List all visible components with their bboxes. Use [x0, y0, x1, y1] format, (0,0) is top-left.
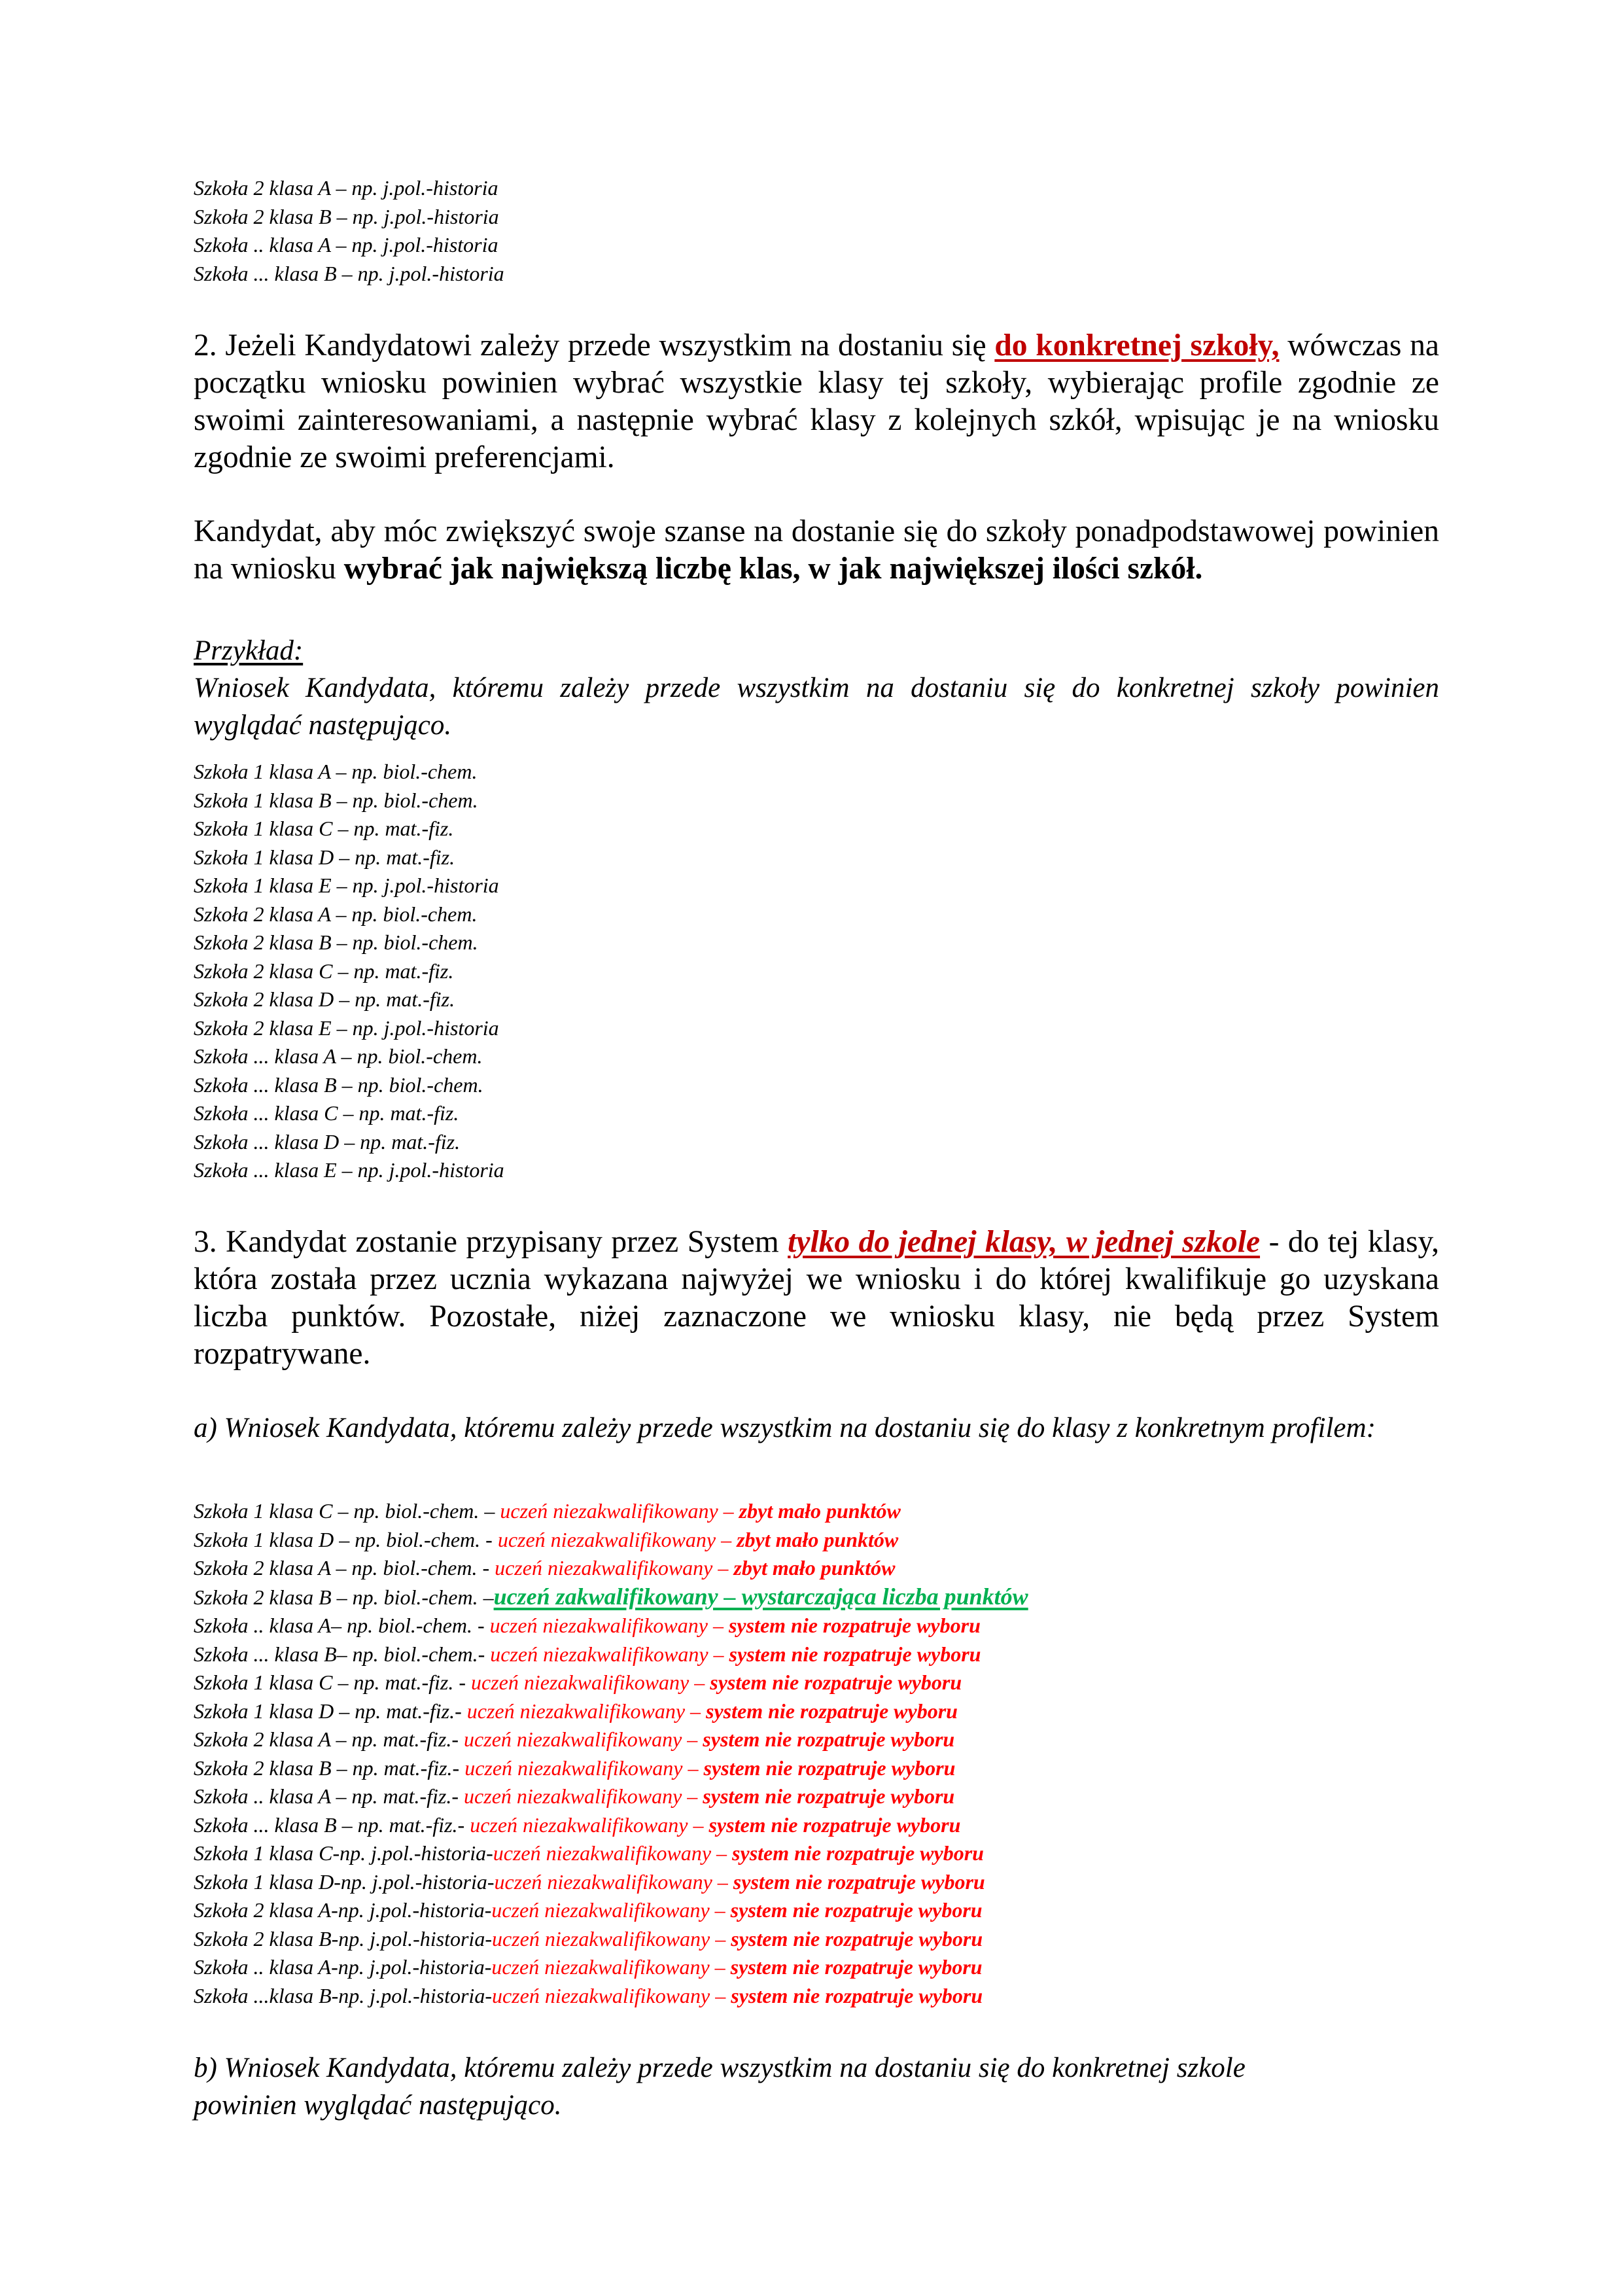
- not-qualified-status: uczeń niezakwalifikowany –: [495, 1556, 733, 1580]
- reason-text: zbyt mało punktów: [737, 1528, 898, 1551]
- example-label: Przykład:: [194, 632, 1439, 669]
- list-item: Szkoła 2 klasa A – np. biol.-chem.: [194, 900, 504, 929]
- result-row: Szkoła 2 klasa B-np. j.pol.-historia-ucz…: [194, 1925, 1028, 1954]
- list-item: Szkoła ... klasa B – np. biol.-chem.: [194, 1071, 504, 1100]
- reason-text: system nie rozpatruje wyboru: [703, 1727, 954, 1751]
- reason-text: system nie rozpatruje wyboru: [732, 1841, 984, 1865]
- reason-text: zbyt mało punktów: [739, 1499, 901, 1523]
- not-qualified-status: uczeń niezakwalifikowany –: [491, 1955, 730, 1979]
- point-3-paragraph: 3. Kandydat zostanie przypisany przez Sy…: [194, 1224, 1439, 1373]
- result-row: Szkoła 2 klasa B – np. biol.-chem. –ucze…: [194, 1583, 1028, 1612]
- reason-text: zbyt mało punktów: [733, 1556, 895, 1580]
- list-item: Szkoła ... klasa C – np. mat.-fiz.: [194, 1099, 504, 1128]
- list-item: Szkoła 1 klasa D – np. mat.-fiz.: [194, 843, 504, 872]
- point-3-text-before: 3. Kandydat zostanie przypisany przez Sy…: [194, 1225, 788, 1259]
- reason-text: system nie rozpatruje wyboru: [731, 1927, 983, 1951]
- point-2-paragraph: 2. Jeżeli Kandydatowi zależy przede wszy…: [194, 327, 1439, 476]
- reason-text: system nie rozpatruje wyboru: [731, 1955, 983, 1979]
- not-qualified-status: uczeń niezakwalifikowany –: [492, 1984, 731, 2007]
- example-intro: Wniosek Kandydata, któremu zależy przede…: [194, 669, 1439, 744]
- result-row: Szkoła 2 klasa A-np. j.pol.-historia-ucz…: [194, 1896, 1028, 1925]
- not-qualified-status: uczeń niezakwalifikowany –: [464, 1756, 703, 1780]
- not-qualified-status: uczeń niezakwalifikowany –: [470, 1813, 708, 1837]
- top-choice-list: Szkoła 2 klasa A – np. j.pol.-historiaSz…: [194, 174, 504, 288]
- choice-text: Szkoła .. klasa A– np. biol.-chem. -: [194, 1614, 490, 1637]
- choice-text: Szkoła 1 klasa D – np. biol.-chem. -: [194, 1528, 498, 1551]
- result-row: Szkoła .. klasa A-np. j.pol.-historia-uc…: [194, 1953, 1028, 1982]
- choice-text: Szkoła 2 klasa A-np. j.pol.-historia-: [194, 1898, 491, 1922]
- reason-text: system nie rozpatruje wyboru: [710, 1670, 962, 1694]
- choice-text: Szkoła 1 klasa C – np. mat.-fiz. -: [194, 1670, 471, 1694]
- reason-text: system nie rozpatruje wyboru: [731, 1984, 983, 2007]
- list-item: Szkoła 1 klasa E – np. j.pol.-historia: [194, 872, 504, 900]
- point-3-highlight: tylko do jednej klasy, w jednej szkole: [788, 1225, 1260, 1259]
- reason-text: system nie rozpatruje wyboru: [733, 1870, 985, 1894]
- advice-bold: wybrać jak największą liczbę klas, w jak…: [344, 552, 1203, 586]
- choice-text: Szkoła 1 klasa D-np. j.pol.-historia-: [194, 1870, 495, 1894]
- reason-text: system nie rozpatruje wyboru: [731, 1898, 983, 1922]
- section-a-result-list: Szkoła 1 klasa C – np. biol.-chem. – ucz…: [194, 1497, 1028, 2010]
- result-row: Szkoła 2 klasa A – np. mat.-fiz.- uczeń …: [194, 1725, 1028, 1754]
- not-qualified-status: uczeń niezakwalifikowany –: [500, 1499, 739, 1523]
- choice-text: Szkoła 2 klasa B-np. j.pol.-historia-: [194, 1927, 492, 1951]
- result-row: Szkoła 1 klasa C – np. biol.-chem. – ucz…: [194, 1497, 1028, 1526]
- list-item: Szkoła ... klasa B – np. j.pol.-historia: [194, 260, 504, 289]
- result-row: Szkoła ...klasa B-np. j.pol.-historia-uc…: [194, 1982, 1028, 2011]
- choice-text: Szkoła 2 klasa B – np. mat.-fiz.-: [194, 1756, 464, 1780]
- choice-text: Szkoła .. klasa A-np. j.pol.-historia-: [194, 1955, 491, 1979]
- reason-text: system nie rozpatruje wyboru: [708, 1813, 960, 1837]
- choice-text: Szkoła 1 klasa C-np. j.pol.-historia-: [194, 1841, 493, 1865]
- not-qualified-status: uczeń niezakwalifikowany –: [495, 1870, 733, 1894]
- not-qualified-status: uczeń niezakwalifikowany –: [464, 1784, 703, 1808]
- list-item: Szkoła 2 klasa A – np. j.pol.-historia: [194, 174, 504, 203]
- choice-text: Szkoła 2 klasa A – np. mat.-fiz.-: [194, 1727, 464, 1751]
- result-row: Szkoła .. klasa A– np. biol.-chem. - ucz…: [194, 1612, 1028, 1640]
- reason-text: system nie rozpatruje wyboru: [729, 1642, 981, 1666]
- not-qualified-status: uczeń niezakwalifikowany –: [490, 1614, 729, 1637]
- list-item: Szkoła 1 klasa B – np. biol.-chem.: [194, 786, 504, 815]
- choice-text: Szkoła ... klasa B – np. mat.-fiz.-: [194, 1813, 470, 1837]
- choice-text: Szkoła .. klasa A – np. mat.-fiz.-: [194, 1784, 464, 1808]
- result-row: Szkoła ... klasa B– np. biol.-chem.- ucz…: [194, 1640, 1028, 1669]
- choice-text: Szkoła 2 klasa A – np. biol.-chem. -: [194, 1556, 495, 1580]
- result-row: Szkoła 1 klasa C – np. mat.-fiz. - uczeń…: [194, 1669, 1028, 1697]
- list-item: Szkoła 1 klasa C – np. mat.-fiz.: [194, 815, 504, 843]
- choice-text: Szkoła 1 klasa C – np. biol.-chem. –: [194, 1499, 500, 1523]
- list-item: Szkoła 2 klasa B – np. biol.-chem.: [194, 928, 504, 957]
- not-qualified-status: uczeń niezakwalifikowany –: [464, 1727, 703, 1751]
- result-row: Szkoła 1 klasa D – np. biol.-chem. - ucz…: [194, 1526, 1028, 1555]
- not-qualified-status: uczeń niezakwalifikowany –: [471, 1670, 710, 1694]
- list-item: Szkoła 2 klasa D – np. mat.-fiz.: [194, 985, 504, 1014]
- not-qualified-status: uczeń niezakwalifikowany –: [491, 1898, 730, 1922]
- point-2-text-before: 2. Jeżeli Kandydatowi zależy przede wszy…: [194, 328, 994, 362]
- not-qualified-status: uczeń niezakwalifikowany –: [498, 1528, 737, 1551]
- not-qualified-status: uczeń niezakwalifikowany –: [492, 1927, 731, 1951]
- list-item: Szkoła 2 klasa E – np. j.pol.-historia: [194, 1014, 504, 1043]
- list-item: Szkoła ... klasa E – np. j.pol.-historia: [194, 1156, 504, 1185]
- section-b-line-2: powinien wyglądać następująco.: [194, 2087, 1439, 2124]
- not-qualified-status: uczeń niezakwalifikowany –: [467, 1699, 706, 1723]
- result-row: Szkoła 1 klasa D – np. mat.-fiz.- uczeń …: [194, 1697, 1028, 1726]
- not-qualified-status: uczeń niezakwalifikowany –: [490, 1642, 729, 1666]
- section-b-intro: b) Wniosek Kandydata, któremu zależy prz…: [194, 2049, 1439, 2124]
- reason-text: system nie rozpatruje wyboru: [703, 1756, 955, 1780]
- list-item: Szkoła 2 klasa B – np. j.pol.-historia: [194, 203, 504, 232]
- example-section: Przykład: Wniosek Kandydata, któremu zal…: [194, 632, 1439, 744]
- result-row: Szkoła 2 klasa A – np. biol.-chem. - ucz…: [194, 1554, 1028, 1583]
- list-item: Szkoła 1 klasa A – np. biol.-chem.: [194, 758, 504, 786]
- result-row: Szkoła 1 klasa C-np. j.pol.-historia-ucz…: [194, 1839, 1028, 1868]
- reason-text: system nie rozpatruje wyboru: [703, 1784, 954, 1808]
- advice-paragraph: Kandydat, aby móc zwiększyć swoje szanse…: [194, 513, 1439, 588]
- result-row: Szkoła 2 klasa B – np. mat.-fiz.- uczeń …: [194, 1754, 1028, 1783]
- section-a-intro: a) Wniosek Kandydata, któremu zależy prz…: [194, 1409, 1439, 1447]
- result-row: Szkoła 1 klasa D-np. j.pol.-historia-ucz…: [194, 1868, 1028, 1897]
- point-2-highlight: do konkretnej szkoły,: [994, 328, 1279, 362]
- not-qualified-status: uczeń niezakwalifikowany –: [493, 1841, 732, 1865]
- choice-text: Szkoła 2 klasa B – np. biol.-chem. –: [194, 1585, 494, 1609]
- list-item: Szkoła ... klasa D – np. mat.-fiz.: [194, 1128, 504, 1157]
- reason-text: system nie rozpatruje wyboru: [706, 1699, 958, 1723]
- section-b-line-1: b) Wniosek Kandydata, któremu zależy prz…: [194, 2049, 1439, 2087]
- reason-text: system nie rozpatruje wyboru: [729, 1614, 981, 1637]
- choice-text: Szkoła 1 klasa D – np. mat.-fiz.-: [194, 1699, 467, 1723]
- list-item: Szkoła .. klasa A – np. j.pol.-historia: [194, 231, 504, 260]
- choice-text: Szkoła ... klasa B– np. biol.-chem.-: [194, 1642, 490, 1666]
- example-choice-list: Szkoła 1 klasa A – np. biol.-chem.Szkoła…: [194, 758, 504, 1185]
- choice-text: Szkoła ...klasa B-np. j.pol.-historia-: [194, 1984, 492, 2007]
- qualified-status: uczeń zakwalifikowany – wystarczająca li…: [494, 1583, 1028, 1610]
- list-item: Szkoła ... klasa A – np. biol.-chem.: [194, 1042, 504, 1071]
- result-row: Szkoła .. klasa A – np. mat.-fiz.- uczeń…: [194, 1782, 1028, 1811]
- list-item: Szkoła 2 klasa C – np. mat.-fiz.: [194, 957, 504, 986]
- result-row: Szkoła ... klasa B – np. mat.-fiz.- ucze…: [194, 1811, 1028, 1840]
- example-label-text: Przykład:: [194, 635, 303, 666]
